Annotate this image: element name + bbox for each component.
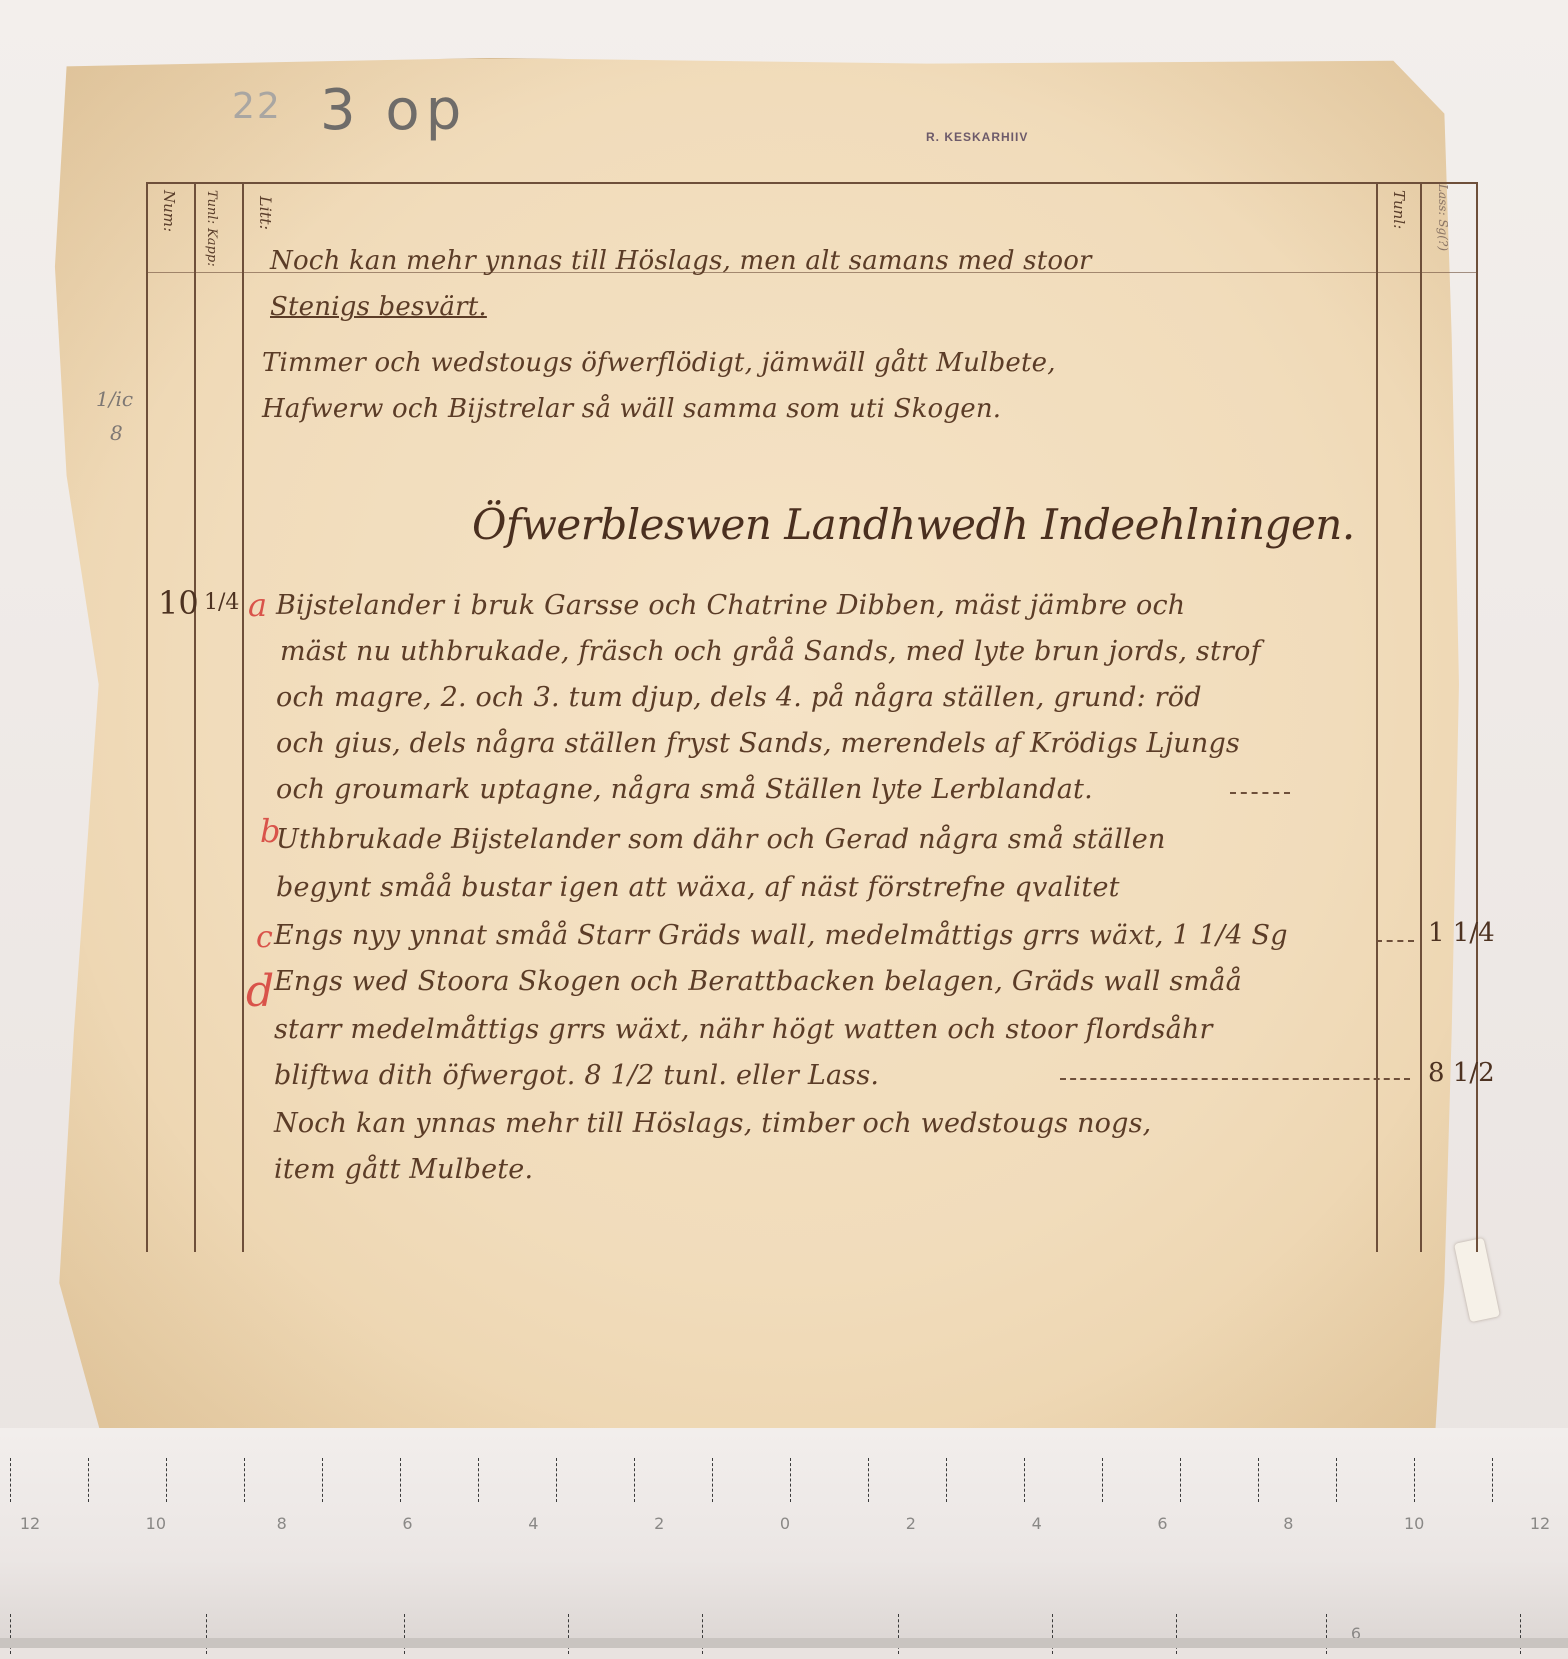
column-rule-1 <box>146 182 148 1252</box>
ruler-tick-lower <box>10 1614 11 1654</box>
ruler-label: 10 <box>1404 1514 1424 1533</box>
column-rule-4 <box>1376 182 1378 1252</box>
entry-line: starr medelmåttigs grrs wäxt, nähr högt … <box>274 1014 1213 1045</box>
ruler-tick <box>88 1458 90 1502</box>
header-lass-right: Lass: Sg(?) <box>1436 184 1450 251</box>
ruler-tick <box>1492 1458 1494 1502</box>
entry-letter-d: d <box>246 966 274 1017</box>
ruler-tick <box>868 1458 870 1502</box>
header-num: Num: <box>160 190 178 232</box>
ruler-tick-lower <box>898 1614 899 1654</box>
ruler-label: 12 <box>20 1514 40 1533</box>
ruler-tick <box>1102 1458 1104 1502</box>
ruler-tick <box>1024 1458 1026 1502</box>
ruler-tick <box>478 1458 480 1502</box>
ruler-tick <box>1414 1458 1416 1502</box>
ruler-label: 4 <box>1032 1514 1042 1533</box>
opening-line: Stenigs besvärt. <box>270 292 487 322</box>
column-rule-5 <box>1420 182 1422 1252</box>
opening-line: Timmer och wedstougs öfwerflödigt, jämwä… <box>262 348 1056 378</box>
section-title: Öfwerbleswen Landhwedh Indeehlningen. <box>472 500 1355 549</box>
right-value-c: 1 1/4 <box>1428 918 1495 948</box>
closing-line: item gått Mulbete. <box>274 1154 533 1185</box>
ruler-tick <box>1180 1458 1182 1502</box>
ruler-tick <box>10 1458 12 1502</box>
ruler-tick-lower <box>1520 1614 1521 1654</box>
right-value-d: 8 1/2 <box>1428 1058 1495 1088</box>
ruler-tick <box>244 1458 246 1502</box>
header-tunl-right: Tunl: <box>1390 190 1408 229</box>
entry-line: begynt småå bustar igen att wäxa, af näs… <box>276 872 1120 903</box>
ruler-tick <box>400 1458 402 1502</box>
ruler-tick <box>556 1458 558 1502</box>
ruler-label: 8 <box>277 1514 287 1533</box>
opening-line-text: Stenigs besvärt. <box>270 292 487 322</box>
ruler-label: 2 <box>906 1514 916 1533</box>
measuring-ruler: 12 10 8 6 4 2 0 2 4 6 8 10 12 6 <box>0 1428 1568 1648</box>
entry-line: Engs wed Stoora Skogen och Berattbacken … <box>274 966 1242 997</box>
archive-stamp: R. KESKARHIIV <box>926 130 1028 144</box>
entry-line: Bijstelander i bruk Garsse och Chatrine … <box>276 590 1185 621</box>
ruler-label: 12 <box>1530 1514 1550 1533</box>
ruler-tick <box>790 1458 792 1502</box>
ruler-tick-lower <box>404 1614 405 1654</box>
ruler-label: 8 <box>1283 1514 1293 1533</box>
ruler-tick-lower <box>1052 1614 1053 1654</box>
entry-fraction: 1/4 <box>204 590 239 615</box>
ruler-bottom-band <box>0 1638 1568 1648</box>
archive-number: 22 <box>232 86 282 127</box>
ruler-tick-lower <box>206 1614 207 1654</box>
ruler-tick-lower <box>702 1614 703 1654</box>
entry-letter-a: a <box>248 586 267 624</box>
ruler-tick <box>946 1458 948 1502</box>
ruler-label: 4 <box>528 1514 538 1533</box>
opening-line: Hafwerw och Bijstrelar så wäll samma som… <box>262 394 1001 424</box>
closing-line: Noch kan ynnas mehr till Höslags, timber… <box>274 1108 1151 1139</box>
ruler-label: 0 <box>780 1514 790 1533</box>
margin-note-line: 8 <box>96 416 133 450</box>
ruler-tick-lower <box>568 1614 569 1654</box>
ruler-label: 2 <box>654 1514 664 1533</box>
ruler-tick <box>634 1458 636 1502</box>
entry-line: och magre, 2. och 3. tum djup, dels 4. p… <box>276 682 1202 713</box>
ruler-tick-lower <box>1176 1614 1177 1654</box>
header-litt: Litt: <box>256 196 275 230</box>
ruler-tick <box>166 1458 168 1502</box>
fill-dash <box>1060 1078 1410 1082</box>
ruler-label: 10 <box>146 1514 166 1533</box>
ruler-tick <box>1258 1458 1260 1502</box>
ruler-tick-lower <box>1326 1614 1327 1654</box>
fill-dash <box>1230 792 1290 796</box>
margin-pencil-note: 1/ic 8 <box>96 382 133 450</box>
entry-line: och groumark uptagne, några små Ställen … <box>276 774 1093 805</box>
entry-line: Engs nyy ynnat småå Starr Gräds wall, me… <box>274 920 1288 951</box>
fill-dash <box>1376 940 1414 944</box>
entry-letter-c: c <box>256 920 273 955</box>
column-rule-6 <box>1476 182 1478 1252</box>
ruler-label: 6 <box>402 1514 412 1533</box>
opening-line: Noch kan mehr ynnas till Höslags, men al… <box>270 246 1092 276</box>
header-tunl-kapp: Tunl: Kapp: <box>204 190 219 267</box>
ruler-label: 6 <box>1157 1514 1167 1533</box>
entry-line: Uthbrukade Bijstelander som dähr och Ger… <box>276 824 1166 855</box>
entry-line: bliftwa dith öfwergot. 8 1/2 tunl. eller… <box>274 1060 879 1091</box>
column-rule-2 <box>194 182 196 1252</box>
sheet-number: 3 op <box>320 78 467 143</box>
top-rule <box>146 182 1476 184</box>
entry-line: mäst nu uthbrukade, fräsch och gråå Sand… <box>280 636 1261 667</box>
ruler-tick <box>1336 1458 1338 1502</box>
entry-line: och gius, dels några ställen fryst Sands… <box>276 728 1240 759</box>
ruler-tick <box>322 1458 324 1502</box>
column-rule-3 <box>242 182 244 1252</box>
ruler-tick <box>712 1458 714 1502</box>
entry-number: 10 <box>158 584 199 622</box>
margin-note-line: 1/ic <box>96 382 133 416</box>
